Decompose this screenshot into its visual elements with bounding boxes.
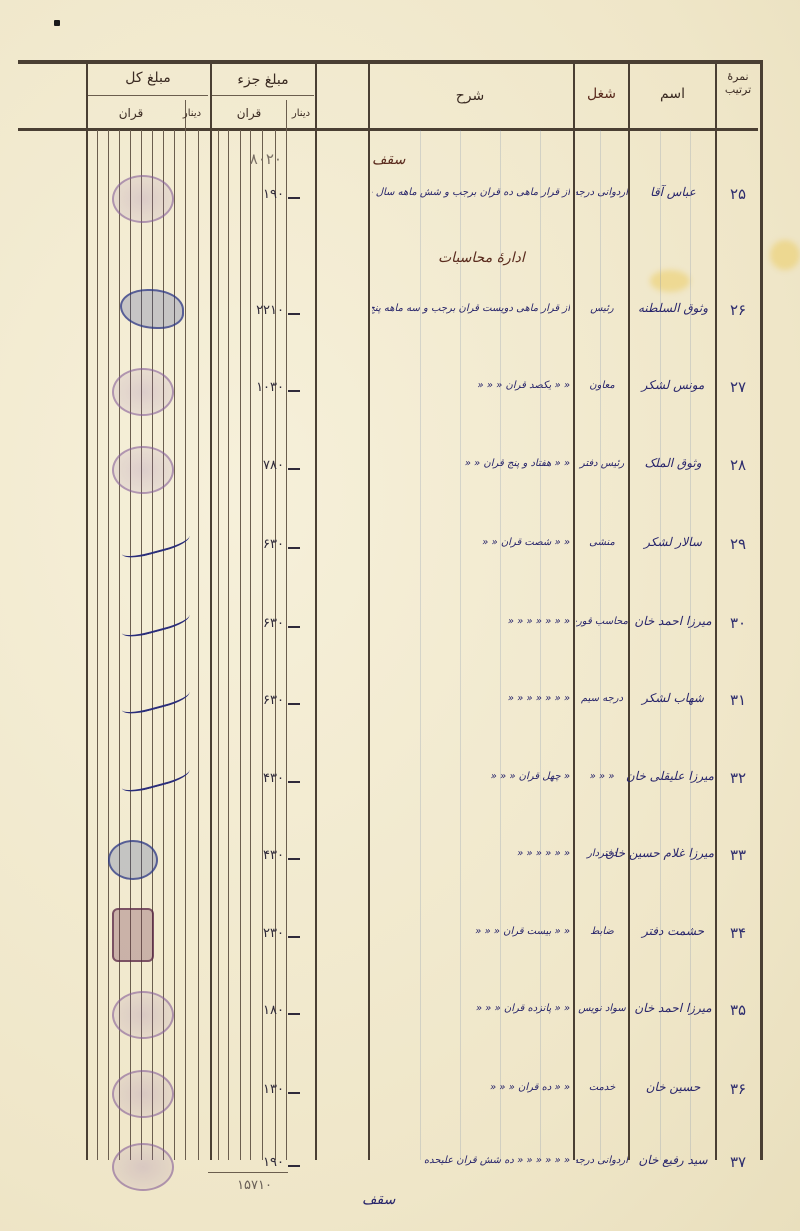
col-divider-total	[86, 60, 88, 1160]
row-number: ۲۸	[718, 456, 758, 474]
footer-total: ۱۵۷۱۰	[212, 1178, 272, 1193]
partial-amount: ۲۲۱۰	[214, 303, 284, 318]
row-number: ۳۱	[718, 691, 758, 709]
dinar-dash	[288, 197, 300, 199]
partial-amount: ۴۳۰	[214, 848, 284, 863]
row-number: ۳۶	[718, 1080, 758, 1098]
employee-name: شهاب لشکر	[632, 691, 714, 705]
table-row: ۲۶وثوق السلطنهرئیساز قرار ماهی دویست قرا…	[0, 299, 800, 329]
row-number: ۳۲	[718, 769, 758, 787]
description: « « « « « « «	[372, 693, 570, 704]
document-paper: نمرهٔ ترتیب اسم شغل شرح مبلغ جزء دینار ق…	[0, 0, 800, 1231]
dinar-dash	[288, 703, 300, 705]
header-total-dinar: دینار	[176, 108, 208, 119]
row-number: ۲۷	[718, 378, 758, 396]
description: از قرار ماهی دویست قران برجب و سه ماهه پ…	[372, 303, 570, 314]
col-divider-blank	[315, 60, 317, 1160]
table-row: ۲۹سالار لشکرمنشی« « شصت قران « «۶۳۰	[0, 533, 800, 563]
description: از قرار ماهی ده قران برجب و شش ماهه سال …	[372, 187, 570, 198]
occupation: « « «	[576, 771, 628, 782]
table-row: ۳۰میرزا احمد خانمحاسب قورخانه« « « « « «…	[0, 612, 800, 642]
row-number: ۲۹	[718, 535, 758, 553]
col-divider-number	[715, 60, 717, 1160]
occupation: خدمت	[576, 1082, 628, 1093]
employee-name: وثوق الملک	[632, 456, 714, 470]
header-occupation: شغل	[575, 86, 628, 102]
seal-stamp-icon	[112, 1143, 174, 1191]
employee-name: عباس آقا	[632, 185, 714, 199]
description: « « هفتاد و پنج قران « «	[372, 458, 570, 469]
col-divider-name	[628, 60, 630, 1160]
table-row: ۳۲میرزا علیقلی خان« « «« چهل قران « « «۴…	[0, 767, 800, 797]
header-sub-rule	[212, 95, 314, 96]
seal-stamp-icon	[112, 175, 174, 223]
description: « چهل قران « « «	[372, 771, 570, 782]
partial-amount: ۶۳۰	[214, 693, 284, 708]
occupation: ضابط	[576, 926, 628, 937]
top-rule	[18, 60, 760, 64]
seal-stamp-icon	[112, 908, 154, 962]
occupation: معاون	[576, 380, 628, 391]
table-row: ۳۴حشمت دفترضابط« « بیست قران « « «۲۳۰	[0, 922, 800, 952]
dinar-dash	[288, 858, 300, 860]
row-number: ۳۵	[718, 1001, 758, 1019]
signature-icon	[120, 289, 184, 329]
row-number: ۲۶	[718, 301, 758, 319]
row-number: ۳۷	[718, 1153, 758, 1171]
table-row: ۳۵میرزا احمد خانسواد نویس« « پانزده قران…	[0, 999, 800, 1029]
header-partial-amount: مبلغ جزء	[212, 72, 314, 88]
header-name: اسم	[630, 86, 715, 102]
total-line	[208, 1172, 288, 1173]
partial-amount: ۱۹۰	[214, 187, 284, 202]
description: « « پانزده قران « « «	[372, 1003, 570, 1014]
seal-stamp-icon	[112, 368, 174, 416]
header-total-qiran: قران	[88, 106, 174, 120]
carried-forward-label: سقف	[372, 152, 405, 168]
table-row: ۲۸وثوق الملکرئیس دفتر« « هفتاد و پنج قرا…	[0, 454, 800, 484]
partial-amount: ۲۳۰	[214, 926, 284, 941]
carried-forward-amount: ۸۰۲۰	[222, 150, 282, 168]
employee-name: سید رفیع خان	[632, 1153, 714, 1167]
description: « « شصت قران « «	[372, 537, 570, 548]
col-divider-partial	[210, 60, 212, 1160]
seal-stamp-icon	[112, 991, 174, 1039]
table-row: ۳۶حسین خانخدمت« « ده قران « « «۱۳۰	[0, 1078, 800, 1108]
header-description: شرح	[370, 88, 570, 104]
employee-name: میرزا احمد خان	[632, 1001, 714, 1015]
water-stain	[650, 270, 690, 292]
dinar-dash	[288, 1092, 300, 1094]
partial-amount: ۱۸۰	[214, 1003, 284, 1018]
occupation: سواد نویس	[576, 1003, 628, 1014]
employee-name: میرزا غلام حسین خان	[632, 846, 714, 860]
description: « « بیست قران « « «	[372, 926, 570, 937]
employee-name: حسین خان	[632, 1080, 714, 1094]
seal-stamp-icon	[112, 1070, 174, 1118]
partial-amount: ۷۸۰	[214, 458, 284, 473]
partial-amount: ۶۳۰	[214, 537, 284, 552]
row-number: ۳۴	[718, 924, 758, 942]
header-bottom-rule	[18, 128, 758, 131]
description: « « « « « « ده شش قران علیحده	[372, 1155, 570, 1166]
dinar-dash	[288, 547, 300, 549]
table-row: ۳۱شهاب لشکردرجه سیم« « « « « « «۶۳۰	[0, 689, 800, 719]
col-divider-occupation	[573, 60, 575, 1160]
dinar-dash	[288, 468, 300, 470]
table-row: ۲۵عباس آقااردوانی درجه سیماز قرار ماهی د…	[0, 183, 800, 213]
occupation: درجه سیم	[576, 693, 628, 704]
row-number: ۲۵	[718, 185, 758, 203]
header-sub-rule	[88, 95, 208, 96]
dinar-dash	[288, 781, 300, 783]
occupation: اردوانی درجه	[576, 1155, 628, 1166]
occupation: محاسب قورخانه	[576, 616, 628, 627]
header-total-amount: مبلغ کل	[88, 70, 208, 86]
dinar-dash	[288, 390, 300, 392]
table-row: ۲۷مونس لشکرمعاون« « یکصد قران « « «۱۰۳۰	[0, 376, 800, 406]
header-partial-qiran: قران	[212, 106, 286, 120]
employee-name: سالار لشکر	[632, 535, 714, 549]
header-row-number: نمرهٔ ترتیب	[718, 70, 758, 96]
occupation: رئیس	[576, 303, 628, 314]
occupation: دفتردار	[576, 848, 628, 859]
seal-stamp-icon	[108, 840, 158, 880]
occupation: اردوانی درجه سیم	[576, 187, 628, 198]
description: « « « « « «	[372, 848, 570, 859]
table-row: ۳۳میرزا غلام حسین خاندفتردار« « « « « «۴…	[0, 844, 800, 874]
partial-amount: ۱۹۰	[214, 1155, 284, 1170]
col-divider-description	[368, 60, 370, 1160]
table-row: ۳۷سید رفیع خاناردوانی درجه« « « « « « ده…	[0, 1151, 800, 1181]
dinar-dash	[288, 313, 300, 315]
employee-name: میرزا احمد خان	[632, 614, 714, 628]
water-stain	[770, 240, 800, 270]
partial-amount: ۴۳۰	[214, 771, 284, 786]
row-number: ۳۳	[718, 846, 758, 864]
header-partial-dinar: دینار	[288, 108, 314, 119]
occupation: رئیس دفتر	[576, 458, 628, 469]
paper-hole	[54, 20, 60, 26]
occupation: منشی	[576, 537, 628, 548]
dinar-dash	[288, 1013, 300, 1015]
description: « « « « « « «	[372, 616, 570, 627]
employee-name: حشمت دفتر	[632, 924, 714, 938]
employee-name: مونس لشکر	[632, 378, 714, 392]
row-number: ۳۰	[718, 614, 758, 632]
footer-note: سقف	[362, 1192, 395, 1208]
description: « « یکصد قران « « «	[372, 380, 570, 391]
partial-amount: ۱۰۳۰	[214, 380, 284, 395]
dinar-dash	[288, 936, 300, 938]
right-border	[760, 60, 763, 1160]
dinar-dash	[288, 1165, 300, 1167]
employee-name: میرزا علیقلی خان	[632, 769, 714, 783]
employee-name: وثوق السلطنه	[632, 301, 714, 315]
seal-stamp-icon	[112, 446, 174, 494]
dinar-dash	[288, 626, 300, 628]
partial-amount: ۶۳۰	[214, 616, 284, 631]
description: « « ده قران « « «	[372, 1082, 570, 1093]
partial-amount: ۱۳۰	[214, 1082, 284, 1097]
section-note: ادارهٔ محاسبات	[438, 250, 525, 266]
